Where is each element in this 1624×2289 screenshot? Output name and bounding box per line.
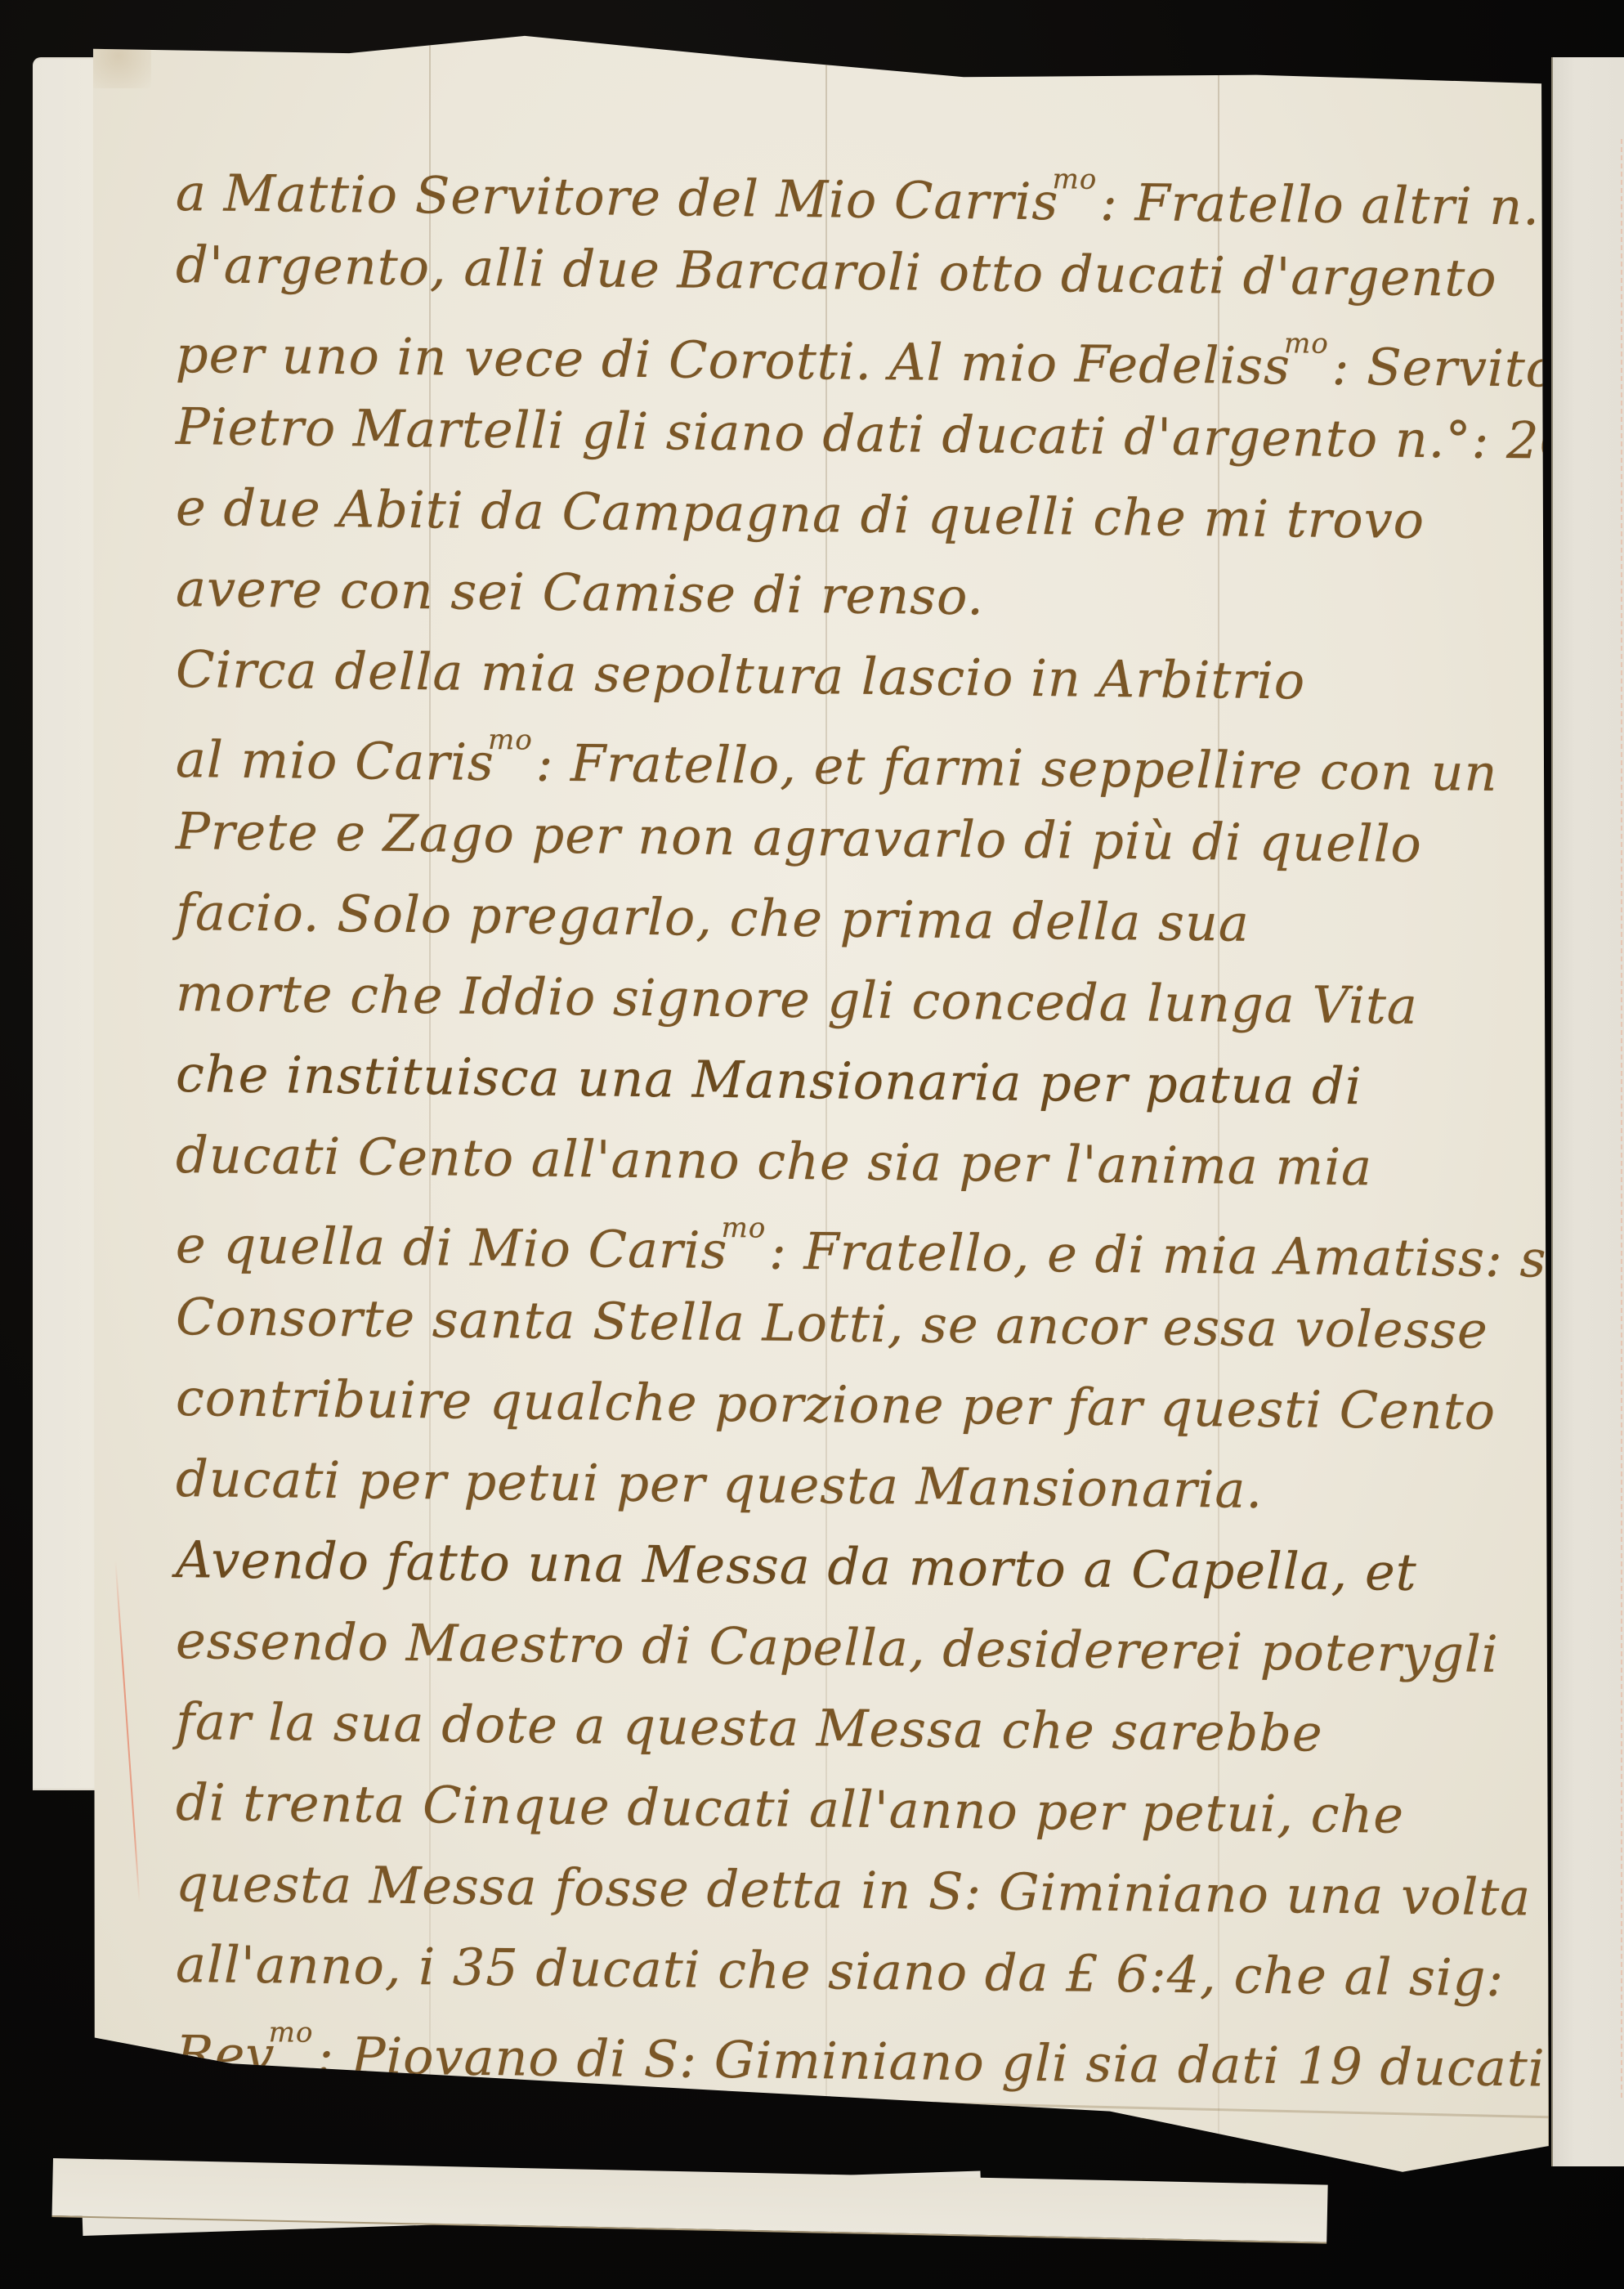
line-text-tail: : Fratello, et farmi seppellire con un: [535, 733, 1498, 803]
line-text: a Mattio Servitore del Mio Carris: [176, 163, 1059, 231]
manuscript-scan: a Mattio Servitore del Mio Carrismo: Fra…: [0, 0, 1624, 2289]
manuscript-line: al mio Carismo: Fratello, et farmi seppe…: [175, 720, 1532, 815]
manuscript-line: ducati Cento all'anno che sia per l'anim…: [175, 1125, 1532, 1220]
line-text: d'argento, alli due Barcaroli otto ducat…: [176, 235, 1497, 308]
line-text: di trenta Cinque ducati all'anno per pet…: [176, 1772, 1405, 1845]
sheet-edge-stain: [1621, 139, 1622, 2101]
line-text: far la sua dote a questa Messa che sareb…: [176, 1691, 1323, 1763]
manuscript-line: essendo Maestro di Capella, desidererei …: [175, 1610, 1532, 1705]
manuscript-line: e due Abiti da Campagna di quelli che mi…: [175, 477, 1532, 572]
manuscript-line: Consorte santa Stella Lotti, se ancor es…: [175, 1287, 1532, 1382]
line-text: ducati Cento all'anno che sia per l'anim…: [176, 1125, 1373, 1197]
manuscript-line: Avendo fatto una Messa da morto a Capell…: [175, 1530, 1532, 1624]
superscript-abbrev: mo: [721, 1212, 766, 1245]
line-text: per uno in vece di Corotti. Al mio Fedel…: [176, 325, 1291, 396]
adjacent-sheet-right: [1551, 57, 1624, 2166]
line-text: e quella di Mio Caris: [176, 1215, 728, 1280]
manuscript-line: avere con sei Camise di renso.: [175, 558, 1532, 653]
manuscript-line: Circa della mia sepoltura lascio in Arbi…: [175, 639, 1532, 734]
line-text: e due Abiti da Campagna di quelli che mi…: [176, 477, 1425, 550]
line-text-tail: : Fratello, e di mia Amatiss: sua: [769, 1221, 1549, 1290]
superscript-abbrev: mo: [268, 2016, 313, 2049]
manuscript-text: a Mattio Servitore del Mio Carrismo: Fra…: [176, 154, 1532, 2096]
manuscript-line: ducati per petui per questa Mansionaria.: [175, 1449, 1532, 1543]
line-text: Circa della mia sepoltura lascio in Arbi…: [176, 639, 1306, 710]
manuscript-line: per uno in vece di Corotti. Al mio Fedel…: [175, 316, 1532, 410]
line-text: morte che Iddio signore gli conceda lung…: [176, 963, 1418, 1036]
line-text-tail: : Servitor: [1331, 337, 1549, 399]
manuscript-line: morte che Iddio signore gli conceda lung…: [175, 963, 1532, 1058]
line-text: Consorte santa Stella Lotti, se ancor es…: [176, 1287, 1488, 1360]
manuscript-line: questa Messa fosse detta in S: Giminiano…: [175, 1853, 1532, 1948]
paper-wear: [86, 23, 151, 88]
line-text: che instituisca una Mansionaria per patu…: [176, 1044, 1362, 1116]
line-text-tail: : Piovano di S: Giminiano gli sia dati 1…: [316, 2026, 1546, 2099]
line-text: avere con sei Camise di renso.: [176, 558, 985, 626]
superscript-abbrev: mo: [1284, 327, 1329, 361]
manuscript-line: Prete e Zago per non agravarlo di più di…: [175, 801, 1532, 896]
manuscript-line: facio. Solo pregarlo, che prima della su…: [175, 882, 1532, 977]
manuscript-line: che instituisca una Mansionaria per patu…: [175, 1044, 1532, 1139]
underlying-sheet-bottom-1: [51, 2158, 1327, 2244]
manuscript-line: a Mattio Servitore del Mio Carrismo: Fra…: [175, 154, 1532, 249]
red-margin-mark: [114, 1560, 140, 1902]
manuscript-page: a Mattio Servitore del Mio Carrismo: Fra…: [86, 23, 1549, 2189]
superscript-abbrev: mo: [488, 723, 533, 757]
manuscript-line: e quella di Mio Carismo: Fratello, e di …: [175, 1206, 1532, 1301]
line-text: all'anno, i 35 ducati che siano da £ 6:4…: [176, 1934, 1505, 2008]
line-text: Rev: [176, 2024, 275, 2085]
manuscript-line: contribuire qualche porzione per far que…: [175, 1368, 1532, 1463]
line-text: essendo Maestro di Capella, desidererei …: [176, 1610, 1499, 1684]
manuscript-line: Pietro Martelli gli siano dati ducati d'…: [175, 396, 1532, 491]
manuscript-line: di trenta Cinque ducati all'anno per pet…: [175, 1772, 1532, 1867]
line-text: contribuire qualche porzione per far que…: [176, 1368, 1496, 1441]
line-text-tail: : Fratello altri n.° 10: [1100, 172, 1549, 238]
line-text: al mio Caris: [176, 729, 495, 792]
line-text: ducati per petui per questa Mansionaria.: [176, 1449, 1264, 1520]
manuscript-line: far la sua dote a questa Messa che sareb…: [175, 1691, 1532, 1786]
manuscript-line: d'argento, alli due Barcaroli otto ducat…: [175, 235, 1532, 329]
line-text: Prete e Zago per non agravarlo di più di…: [176, 801, 1422, 874]
line-text: facio. Solo pregarlo, che prima della su…: [176, 882, 1250, 953]
manuscript-line: all'anno, i 35 ducati che siano da £ 6:4…: [175, 1934, 1532, 2029]
line-text: Avendo fatto una Messa da morto a Capell…: [176, 1530, 1417, 1602]
manuscript-line: Revmo: Piovano di S: Giminiano gli sia d…: [175, 2015, 1532, 2110]
superscript-abbrev: mo: [1052, 163, 1097, 196]
